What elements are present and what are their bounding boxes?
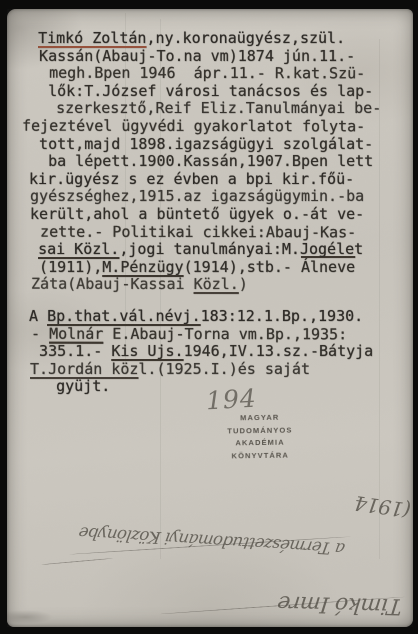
typed-line: zette.- Politikai cikkei:Abauj-Kas-	[22, 223, 410, 241]
typed-segment	[20, 29, 38, 47]
typed-segment-underlined: M.Pénzügy	[102, 258, 183, 276]
typed-segment	[20, 240, 38, 258]
typed-block: Timkó Zoltán,ny.koronaügyész,szül. Kassá…	[21, 30, 409, 396]
typed-segment: kir.ügyész s ez évben a bpi kir.főü-	[20, 170, 354, 188]
typed-line: fejeztével ügyvédi gyakorlatot folyta-	[22, 118, 410, 136]
typed-segment: került,ahol a büntető ügyek o.-át ve-	[21, 205, 364, 223]
typed-segment: 183:12.1.Bp.,1930.	[201, 307, 364, 325]
typed-segment: 335.1.-	[21, 342, 111, 360]
scan-background: { "card": { "description": "Scanned type…	[0, 0, 418, 634]
typed-segment: E.Abauj-Torna vm.Bp.,1935:	[103, 324, 347, 343]
typed-segment	[21, 360, 30, 378]
index-card: Timkó Zoltán,ny.koronaügyész,szül. Kassá…	[7, 9, 413, 627]
typed-segment: l.(1925.I.)és saját	[138, 360, 310, 378]
typed-line: A Bp.that.vál.névj.183:12.1.Bp.,1930.	[20, 308, 408, 326]
typed-segment: 1946,IV.13.sz.-Bátyja	[184, 342, 374, 360]
typed-segment: szerkesztő,Reif Eliz.Tanulmányai be-	[20, 99, 381, 117]
typed-line: megh.Bpen 1946 ápr.11.- R.kat.Szü-	[22, 65, 410, 83]
typed-segment-underlined: Közl.	[194, 275, 239, 293]
typed-line: Timkó Zoltán,ny.koronaügyész,szül.	[20, 30, 408, 48]
handwriting-year-note: (1914	[314, 485, 412, 522]
typed-line: - Molnár E.Abauj-Torna vm.Bp.,1935:	[22, 325, 410, 343]
typed-line: kir.ügyész s ez évben a bpi kir.főü-	[20, 171, 408, 189]
typed-segment-underlined: Molnár	[49, 324, 103, 342]
typed-line: 335.1.- Kis Ujs.1946,IV.13.sz.-Bátyja	[21, 343, 409, 361]
typed-line: ba lépett.1900.Kassán,1907.Bpen lett	[21, 153, 409, 171]
typed-segment-underlined: Kis Ujs.	[111, 342, 183, 360]
typed-segment: megh.Bpen 1946 ápr.11.- R.kat.Szü-	[22, 64, 365, 83]
typed-line: tott,majd 1898.igazságügyi szolgálat-	[21, 136, 409, 154]
typed-segment-underlined: T.Jordán köz	[30, 360, 138, 378]
typed-segment-underlined: sai Közl.	[38, 240, 119, 258]
typed-segment: tott,majd 1898.igazságügyi szolgálat-	[21, 135, 373, 153]
pencil-underline-stroke	[41, 558, 113, 565]
typed-line: lők:T.József városi tanácsos és lap-	[21, 83, 409, 101]
typed-segment: Záta(Abauj-Kassai	[22, 275, 194, 293]
typed-line: gyészséghez,1915.az igazságügymin.-ba	[21, 188, 409, 206]
typed-segment: Kassán(Abauj-To.na vm)1874 jún.11.-	[21, 47, 355, 65]
typed-segment: lők:T.József városi tanácsos és lap-	[21, 82, 373, 100]
typed-segment: )	[239, 275, 248, 293]
typed-segment: ,ny.koronaügyész,szül.	[146, 29, 345, 47]
typed-segment-underlined: Álneve	[301, 258, 355, 276]
typed-segment: (1914),stb.-	[184, 258, 301, 276]
stamp-line-2: TUDOMÁNYOS AKADÉMIA	[203, 424, 317, 451]
typed-segment: gyészséghez,1915.az igazságügymin.-ba	[21, 187, 364, 205]
typed-line: került,ahol a büntető ügyek o.-át ve-	[21, 206, 409, 224]
typed-segment: fejeztével ügyvédi gyakorlatot folyta-	[22, 117, 365, 136]
typed-segment: ba lépett.1900.Kassán,1907.Bpen lett	[21, 152, 373, 170]
typed-segment: (1911),	[21, 258, 102, 276]
typed-line: Kassán(Abauj-To.na vm)1874 jún.11.-	[21, 48, 409, 66]
library-stamp: MAGYAR TUDOMÁNYOS AKADÉMIA KÖNYVTÁRA	[203, 411, 318, 463]
stamp-line-3: KÖNYVTÁRA	[203, 449, 317, 463]
typed-segment: ,jogi tanulmányai:M.Jogélet	[119, 240, 363, 258]
typed-segment: zette.- Politikai cikkei:Abauj-Kas-	[22, 222, 356, 241]
typed-segment: gyüjt.	[20, 377, 110, 395]
typed-segment-underlined: Timkó Zoltán	[38, 29, 146, 47]
paper-smudge	[7, 607, 67, 627]
typed-line: sai Közl.,jogi tanulmányai:M.Jogélet	[20, 241, 408, 259]
typed-line: (1911),M.Pénzügy(1914),stb.- Álneve	[21, 259, 409, 277]
typed-segment: A	[20, 307, 47, 325]
gap-line	[21, 294, 409, 308]
typed-line: T.Jordán közl.(1925.I.)és saját	[21, 361, 409, 379]
typed-line: szerkesztő,Reif Eliz.Tanulmányai be-	[20, 100, 408, 118]
typed-line: Záta(Abauj-Kassai Közl.)	[22, 276, 410, 294]
pencil-number: 194	[205, 384, 257, 416]
typed-segment: -	[22, 324, 49, 342]
typed-segment-underlined: Bp.that.vál.névj.	[47, 307, 201, 325]
